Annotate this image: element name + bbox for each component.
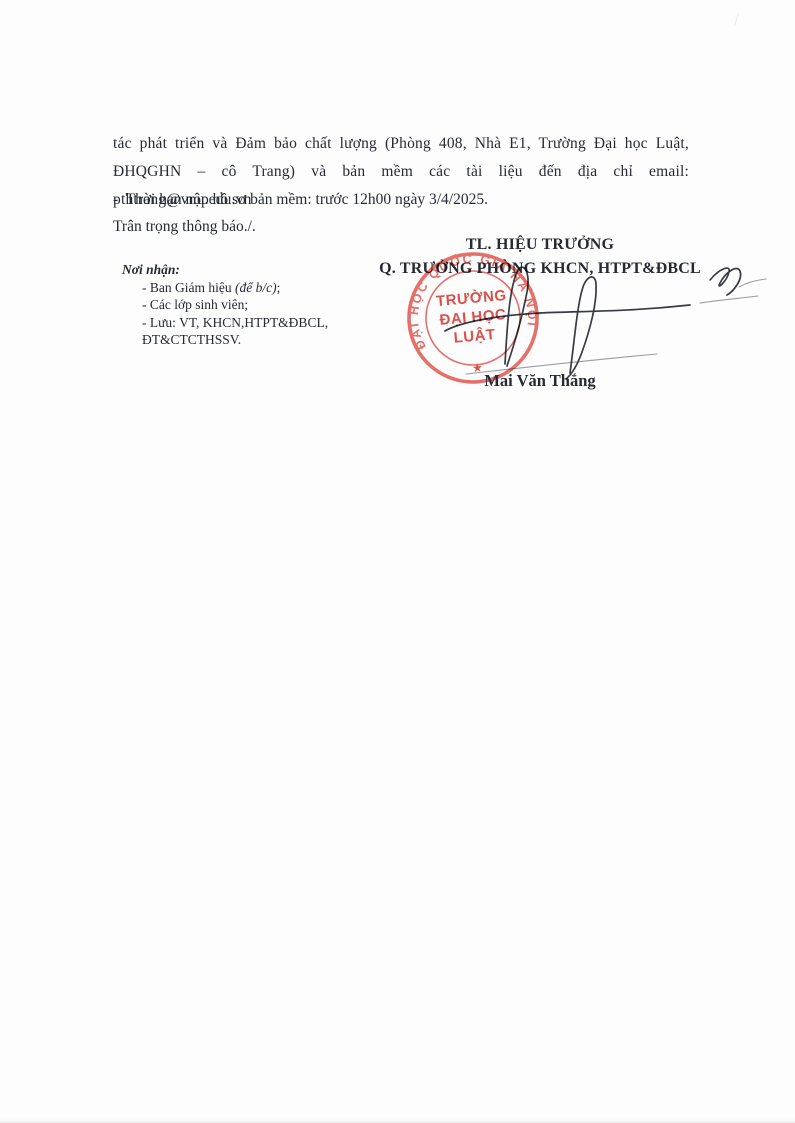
recipient-note-italic: (để b/c)	[235, 280, 277, 295]
recipient-text-tail: ;	[277, 280, 281, 295]
stamp-center-line2: ĐẠI HỌC	[439, 306, 507, 329]
recipient-text: - Các lớp sinh viên;	[142, 297, 248, 312]
recipients-block: Nơi nhận: - Ban Giám hiệu (để b/c); - Cá…	[122, 261, 382, 349]
deadline-line: - Thời hạn nộp hồ sơ bản mềm: trước 12h0…	[113, 186, 689, 214]
recipient-text: - Lưu: VT, KHCN,HTPT&ĐBCL,	[142, 315, 328, 330]
signature-paraph-tail	[739, 279, 766, 287]
scan-smudge	[735, 13, 747, 27]
signature-loop-2	[566, 277, 596, 379]
signature-horizontal-tail	[700, 296, 758, 303]
recipient-item: - Các lớp sinh viên;	[122, 296, 382, 314]
stamp-center-line3: LUẬT	[453, 325, 496, 347]
document-page: tác phát triển và Đảm bảo chất lượng (Ph…	[0, 0, 795, 1123]
recipient-item: - Lưu: VT, KHCN,HTPT&ĐBCL,	[122, 314, 382, 332]
recipient-text: - Ban Giám hiệu	[142, 280, 235, 295]
signer-name: Mai Văn Thắng	[438, 371, 642, 391]
scan-bottom-edge	[0, 1119, 795, 1123]
recipient-item: - Ban Giám hiệu (để b/c);	[122, 279, 382, 297]
recipient-text: ĐT&CTCTHSSV.	[142, 332, 241, 347]
recipient-item: ĐT&CTCTHSSV.	[122, 331, 382, 349]
recipients-header: Nơi nhận:	[122, 261, 382, 279]
